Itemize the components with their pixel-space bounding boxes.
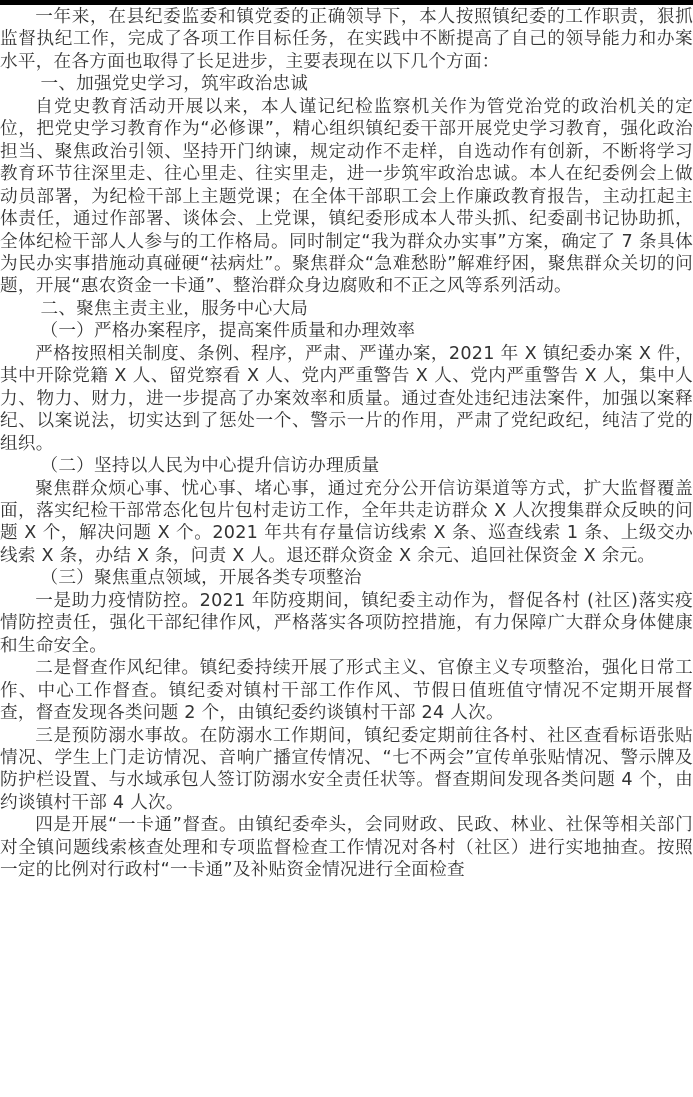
paragraph-case-handling: 严格按照相关制度、条例、程序，严肃、严谨办案，2021 年 X 镇纪委办案 X … xyxy=(0,343,693,455)
paragraph-petitions: 聚焦群众烦心事、忧心事、堵心事，通过充分公开信访渠道等方式，扩大监督覆盖面，落实… xyxy=(0,478,693,568)
subsection-heading-2-2: （二）坚持以人民为中心提升信访办理质量 xyxy=(0,455,693,477)
paragraph-one-card: 四是开展“一卡通”督查。由镇纪委牵头，会同财政、民政、林业、社保等相关部门对全镇… xyxy=(0,814,693,881)
paragraph-party-history: 自党史教育活动开展以来，本人谨记纪检监察机关作为管党治党的政治机关的定位，把党史… xyxy=(0,96,693,298)
section-heading-1: 一、加强党史学习，筑牢政治忠诚 xyxy=(0,73,693,95)
document-body: 一年来，在县纪委监委和镇党委的正确领导下，本人按照镇纪委的工作职责，狠抓监督执纪… xyxy=(0,6,693,882)
section-heading-2: 二、聚焦主责主业，服务中心大局 xyxy=(0,298,693,320)
paragraph-drowning-prevention: 三是预防溺水事故。在防溺水工作期间，镇纪委定期前往各村、社区查看标语张贴情况、学… xyxy=(0,725,693,815)
paragraph-intro: 一年来，在县纪委监委和镇党委的正确领导下，本人按照镇纪委的工作职责，狠抓监督执纪… xyxy=(0,6,693,73)
subsection-heading-2-3: （三）聚焦重点领域，开展各类专项整治 xyxy=(0,567,693,589)
top-bar xyxy=(0,0,693,5)
subsection-heading-2-1: （一）严格办案程序，提高案件质量和办理效率 xyxy=(0,320,693,342)
paragraph-epidemic: 一是助力疫情防控。2021 年防疫期间，镇纪委主动作为，督促各村 (社区)落实疫… xyxy=(0,590,693,657)
paragraph-work-style: 二是督查作风纪律。镇纪委持续开展了形式主义、官僚主义专项整治，强化日常工作、中心… xyxy=(0,657,693,724)
